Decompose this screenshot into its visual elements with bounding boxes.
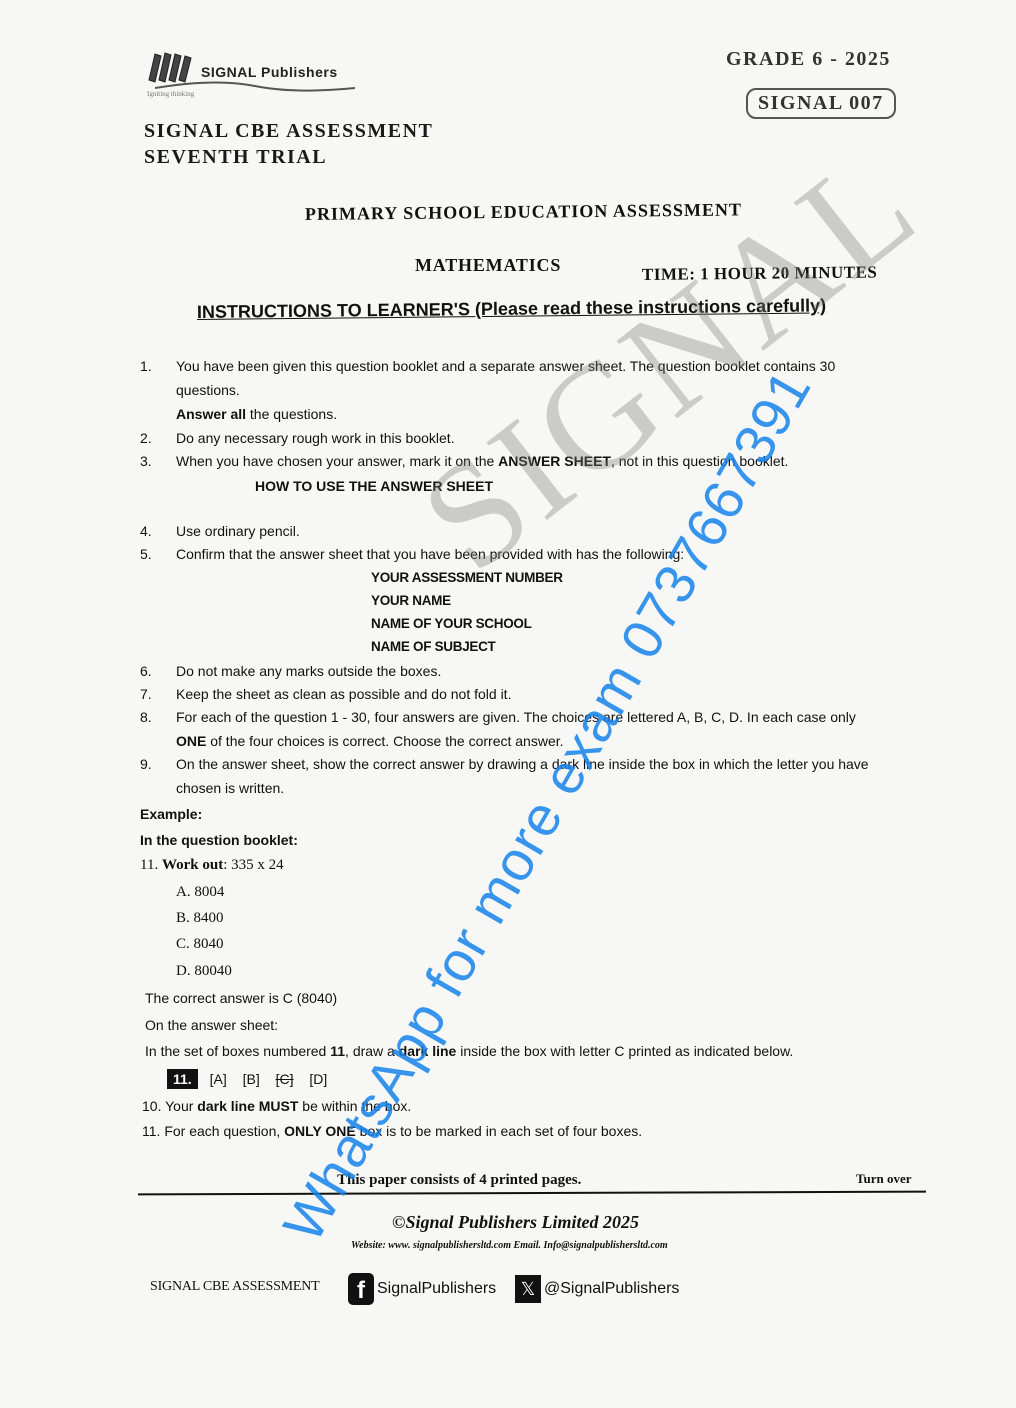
logo-tagline: Igniting thinking (147, 90, 194, 98)
x-logo-icon: 𝕏 (515, 1275, 541, 1303)
footer-divider (138, 1191, 926, 1196)
answer-box-a: [A] (210, 1071, 227, 1087)
instruction-item: 9.On the answer sheet, show the correct … (140, 756, 869, 772)
x-link[interactable]: 𝕏 @SignalPublishers (515, 1275, 679, 1303)
publisher-logo: SIGNAL Publishers Igniting thinking (145, 46, 365, 106)
example-question: 11. Work out: 335 x 24 (140, 857, 284, 874)
example-option: A. 8004 (176, 884, 224, 901)
instruction-item: 8.For each of the question 1 - 30, four … (140, 709, 856, 725)
checklist-item: NAME OF SUBJECT (371, 639, 496, 654)
org-title-line1: SIGNAL CBE ASSESSMENT (144, 118, 433, 144)
footer-org: SIGNAL CBE ASSESSMENT (150, 1279, 320, 1295)
facebook-icon: f (348, 1273, 374, 1305)
org-title-line2: SEVENTH TRIAL (144, 144, 433, 170)
example-booklet-label: In the question booklet: (140, 832, 298, 848)
example-sheet-label: On the answer sheet: (145, 1017, 278, 1033)
instruction-item: 5.Confirm that the answer sheet that you… (140, 546, 684, 562)
instruction-item: 7.Keep the sheet as clean as possible an… (140, 686, 511, 702)
pages-note: This paper consists of 4 printed pages. (337, 1172, 581, 1189)
answer-box-b: [B] (243, 1071, 260, 1087)
instruction-item: 6.Do not make any marks outside the boxe… (140, 663, 441, 679)
answer-box-c-marked: [C] (276, 1071, 294, 1087)
facebook-handle: SignalPublishers (377, 1280, 496, 1298)
instruction-item: 2.Do any necessary rough work in this bo… (140, 430, 455, 446)
paper-code: SIGNAL 007 (746, 88, 896, 119)
example-option: B. 8400 (176, 910, 224, 927)
example-option: D. 80040 (176, 963, 232, 980)
grade-label: GRADE 6 - 2025 (726, 48, 891, 71)
exam-title: PRIMARY SCHOOL EDUCATION ASSESSMENT (305, 199, 742, 225)
example-sheet-instruction: In the set of boxes numbered 11, draw a … (145, 1043, 793, 1059)
contact-info: Website: www. signalpublishersltd.com Em… (351, 1240, 668, 1251)
copyright: ©Signal Publishers Limited 2025 (392, 1212, 639, 1233)
example-answer-row: 11. [A] [B] [C] [D] (167, 1071, 339, 1087)
example-label: Example: (140, 806, 202, 822)
facebook-link[interactable]: f SignalPublishers (348, 1273, 496, 1305)
exam-subject: MATHEMATICS (415, 255, 561, 276)
answer-box-d: [D] (309, 1071, 327, 1087)
instruction-item: 4.Use ordinary pencil. (140, 523, 300, 539)
x-handle: @SignalPublishers (544, 1280, 679, 1298)
example-correct-answer: The correct answer is C (8040) (145, 990, 337, 1006)
turn-over: Turn over (856, 1171, 912, 1187)
org-title: SIGNAL CBE ASSESSMENT SEVENTH TRIAL (144, 118, 433, 170)
example-option: C. 8040 (176, 936, 224, 953)
checklist-item: NAME OF YOUR SCHOOL (371, 616, 532, 631)
checklist-item: YOUR NAME (371, 593, 451, 608)
